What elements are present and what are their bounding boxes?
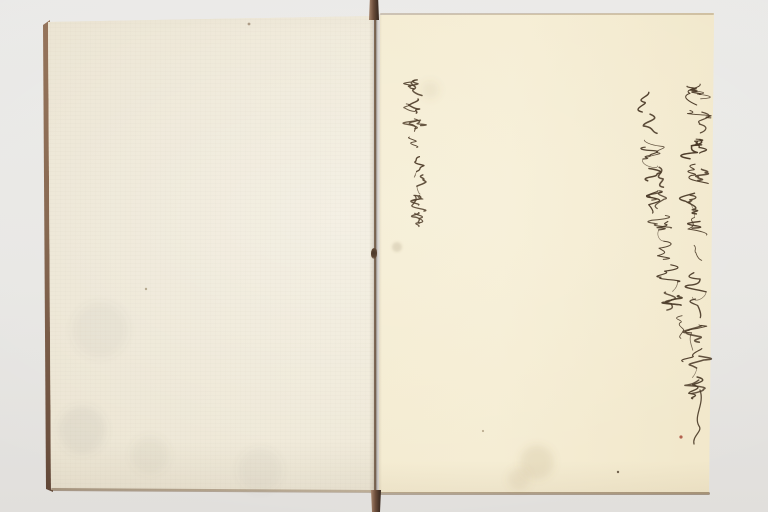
gutter-thread-knot	[371, 248, 377, 259]
binding-cord-top	[369, 0, 379, 20]
left-page-bottom-edge	[51, 488, 374, 493]
binding-cord-bottom	[371, 490, 381, 512]
right-page-top-edge	[380, 13, 714, 15]
right-page-bottom-edge	[379, 492, 710, 495]
manuscript-photo	[0, 0, 768, 512]
